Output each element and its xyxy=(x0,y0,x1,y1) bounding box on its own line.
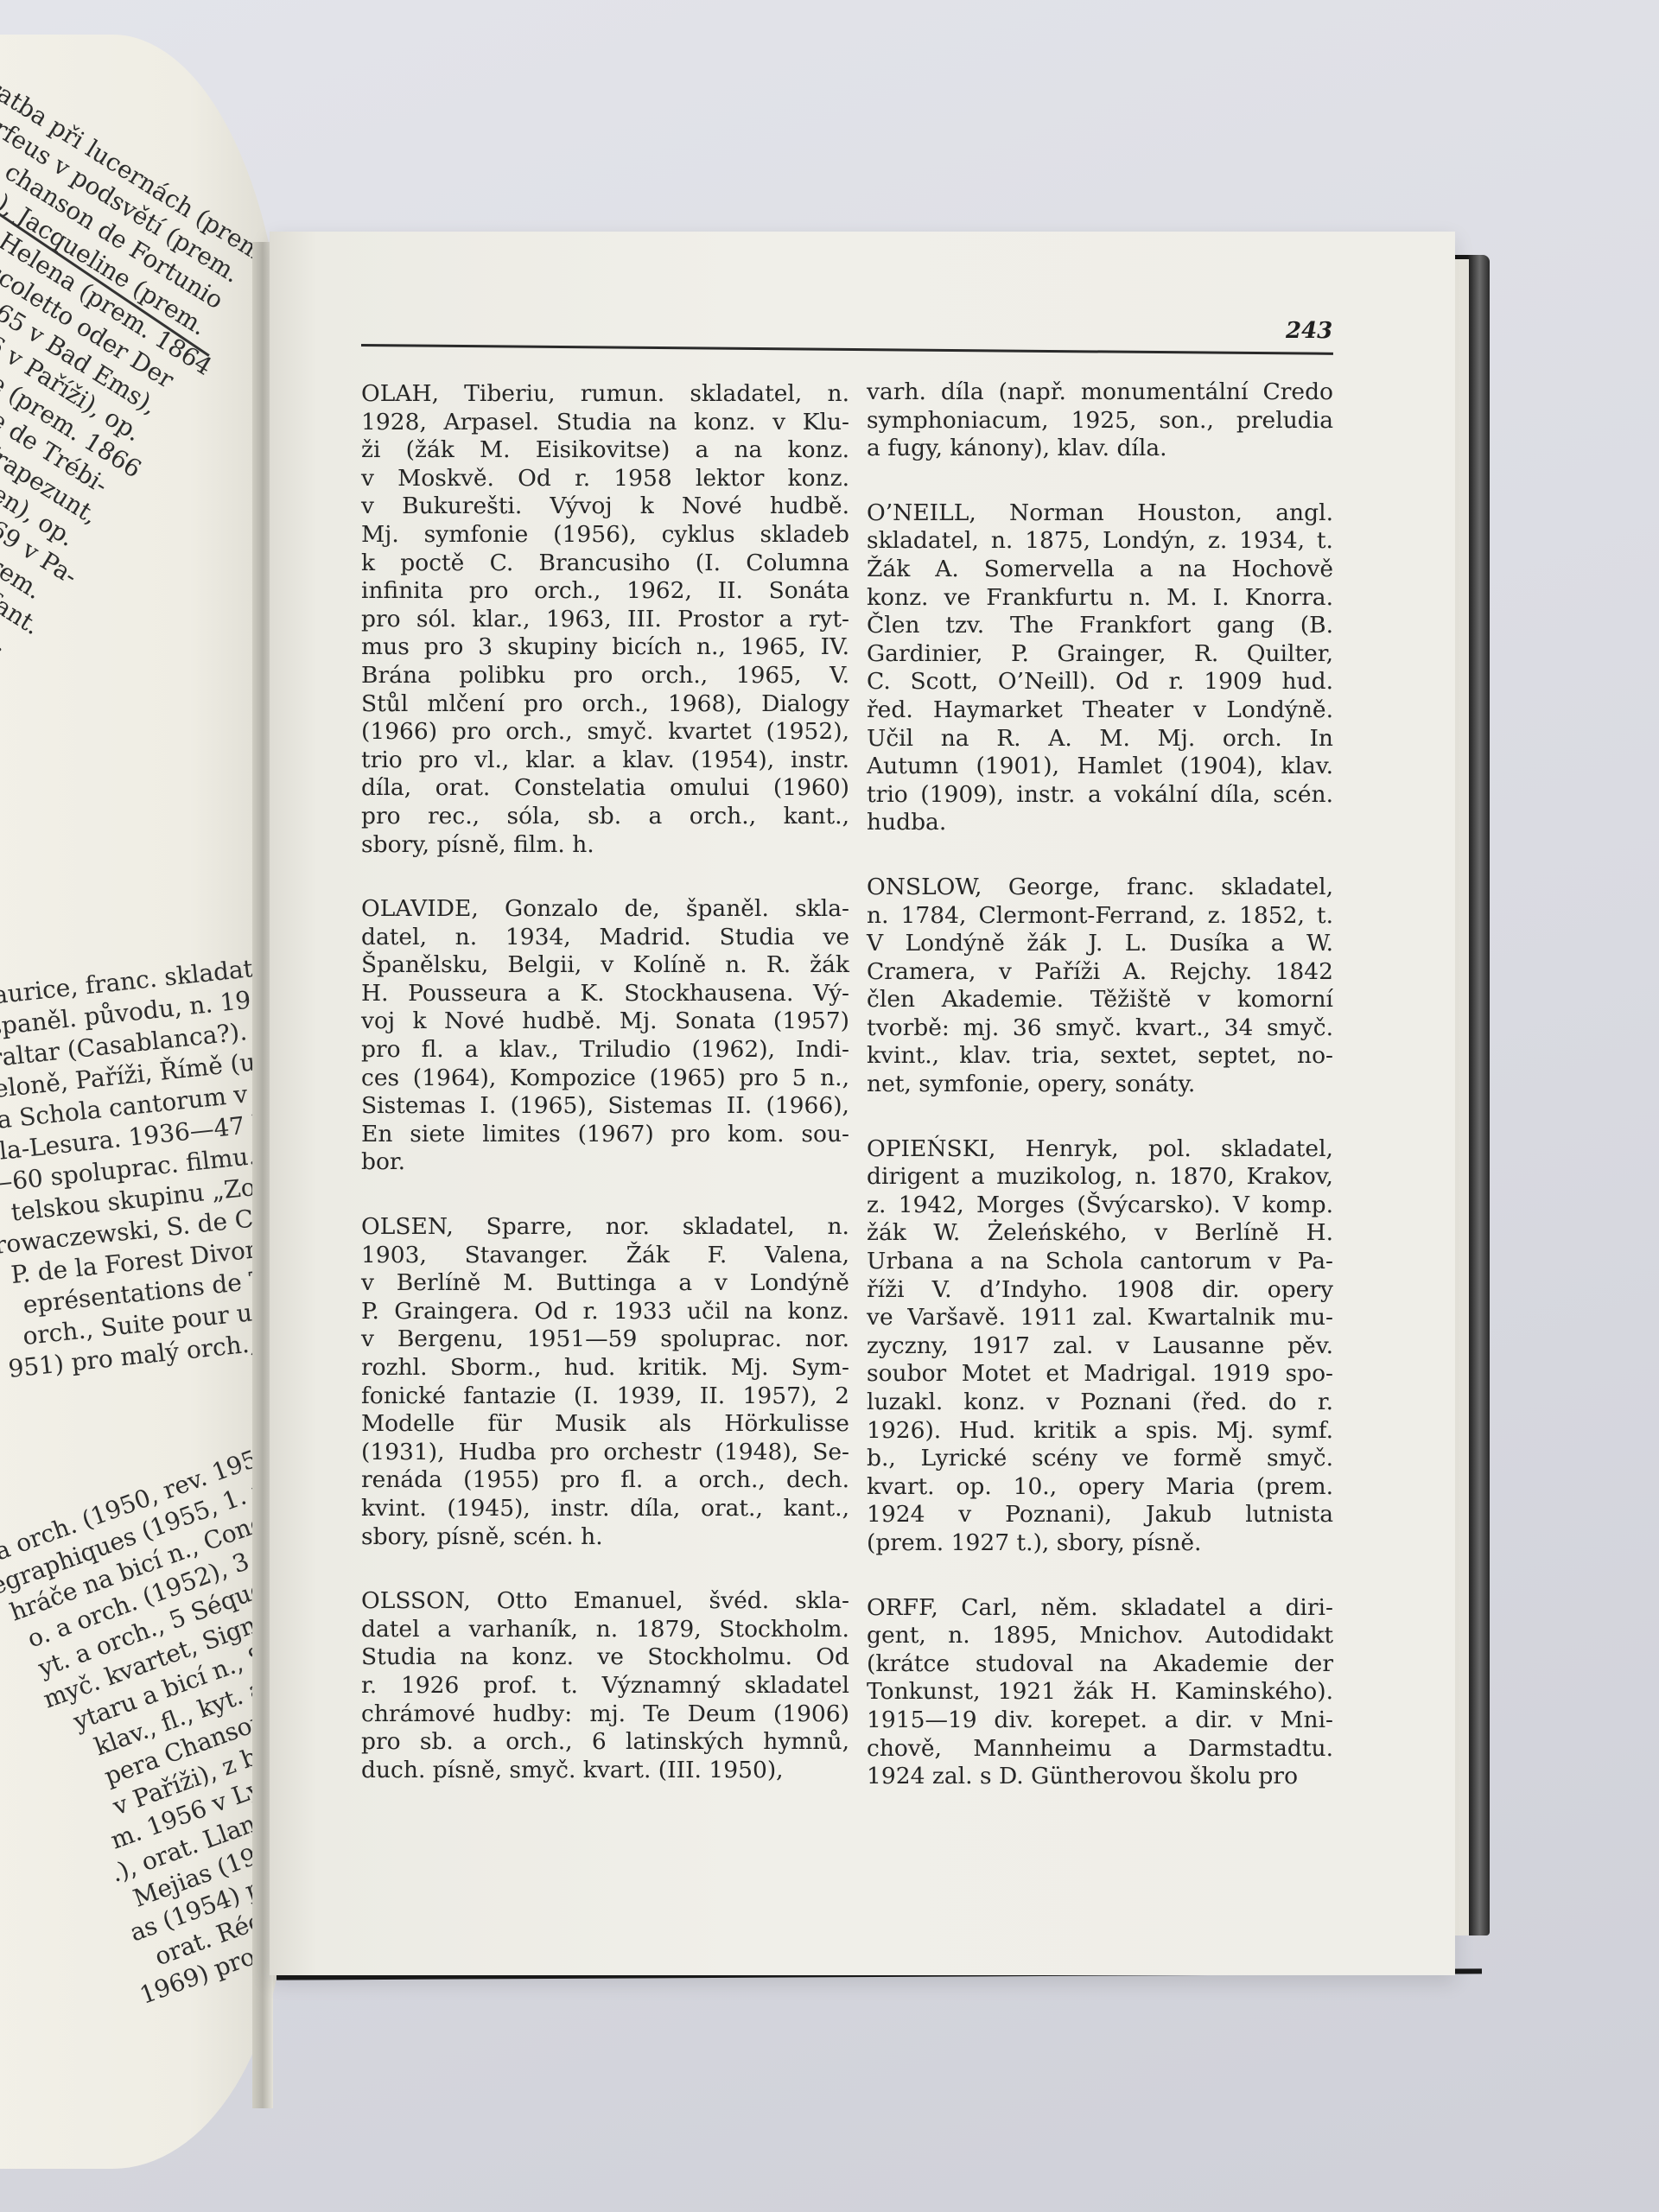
entry-line: OLSEN, Sparre, nor. skladatel, n. xyxy=(361,1213,849,1242)
entry-line: hudba. xyxy=(867,809,1333,837)
entry-line: Učil na R. A. M. Mj. orch. In xyxy=(867,725,1333,753)
entry-line: 1903, Stavanger. Žák F. Valena, xyxy=(361,1242,849,1270)
entry-line: C. Scott, O’Neill). Od r. 1909 hud. xyxy=(867,668,1333,696)
entry-line: pro fl. a klav., Triludio (1962), Indi- xyxy=(361,1036,849,1065)
entry-line: OLAH, Tiberiu, rumun. skladatel, n. xyxy=(361,380,849,409)
entry-line: tvorbě: mj. 36 smyč. kvart., 34 smyč. xyxy=(867,1014,1333,1043)
entry-line: ORFF, Carl, něm. skladatel a diri- xyxy=(867,1594,1333,1623)
entry-line: dirigent a muzikolog, n. 1870, Krakov, xyxy=(867,1163,1333,1192)
entry-line: OLSSON, Otto Emanuel, švéd. skla- xyxy=(361,1587,849,1616)
entry-line: bor. xyxy=(361,1148,849,1177)
left-page-text-block-2: Maurice, franc. skladatel ašpaněl. původ… xyxy=(0,950,285,1385)
entry-line: V Londýně žák J. L. Dusíka a W. xyxy=(867,930,1333,958)
entry-line: O’NEILL, Norman Houston, angl. xyxy=(867,499,1333,528)
dictionary-entry-olavide: OLAVIDE, Gonzalo de, španěl. skla-datel,… xyxy=(361,895,849,1177)
entry-line: Stůl mlčení pro orch., 1968), Dialogy xyxy=(361,690,849,719)
entry-line: rozhl. Sborm., hud. kritik. Mj. Sym- xyxy=(361,1354,849,1382)
entry-line: ve Varšavě. 1911 zal. Kwartalnik mu- xyxy=(867,1304,1333,1332)
entry-line: Modelle für Musik als Hörkulisse xyxy=(361,1410,849,1439)
entry-line: Gardinier, P. Grainger, R. Quilter, xyxy=(867,640,1333,669)
entry-line: Brána polibku pro orch., 1965, V. xyxy=(361,662,849,690)
entry-line: z. 1942, Morges (Švýcarsko). V komp. xyxy=(867,1192,1333,1220)
entry-line: trio (1909), instr. a vokální díla, scén… xyxy=(867,781,1333,810)
entry-line: chově, Mannheimu a Darmstadtu. xyxy=(867,1735,1333,1764)
entry-line: varh. díla (např. monumentální Credo xyxy=(867,378,1333,407)
entry-line: b., Lyrické scény ve formě smyč. xyxy=(867,1445,1333,1473)
entry-line: OPIEŃSKI, Henryk, pol. skladatel, xyxy=(867,1135,1333,1164)
entry-line: díla, orat. Constelatia omului (1960) xyxy=(361,774,849,803)
entry-line: datel a varhaník, n. 1879, Stockholm. xyxy=(361,1616,849,1644)
entry-line: Sistemas I. (1965), Sistemas II. (1966), xyxy=(361,1092,849,1121)
entry-line: zyczny, 1917 zal. v Lausanne pěv. xyxy=(867,1332,1333,1361)
entry-line: 1928, Arpasel. Studia na konz. v Klu- xyxy=(361,409,849,437)
left-page-text-block-3: . a orch. (1950, rev. 1959),égraphiques … xyxy=(0,1437,285,2040)
entry-line: ži (žák M. Eisikovitse) a na konz. xyxy=(361,436,849,465)
dictionary-entry-onslow: ONSLOW, George, franc. skladatel,n. 1784… xyxy=(867,874,1333,1099)
entry-line: ces (1964), Kompozice (1965) pro 5 n., xyxy=(361,1065,849,1093)
entry-line: Španělsku, Belgii, v Kolíně n. R. žák xyxy=(361,951,849,980)
entry-line: sbory, písně, scén. h. xyxy=(361,1523,849,1552)
entry-line: pro sb. a orch., 6 latinských hymnů, xyxy=(361,1728,849,1757)
left-column: OLAH, Tiberiu, rumun. skladatel, n.1928,… xyxy=(361,380,849,1821)
entry-line: (1966) pro orch., smyč. kvartet (1952), xyxy=(361,718,849,747)
entry-line: skladatel, n. 1875, Londýn, z. 1934, t. xyxy=(867,527,1333,556)
left-page-text-block-1: ratba při lucernách (prem.Orfeus v podsv… xyxy=(0,73,262,686)
entry-line: říži V. d’Indyho. 1908 dir. opery xyxy=(867,1276,1333,1305)
entry-line: v Bukurešti. Vývoj k Nové hudbě. xyxy=(361,493,849,521)
dictionary-entry-olsen: OLSEN, Sparre, nor. skladatel, n.1903, S… xyxy=(361,1213,849,1551)
entry-line: n. 1784, Clermont-Ferrand, z. 1852, t. xyxy=(867,902,1333,931)
left-page: ratba při lucernách (prem.Orfeus v podsv… xyxy=(0,35,285,2169)
entry-line: řed. Haymarket Theater v Londýně. xyxy=(867,696,1333,725)
entry-line: člen Akademie. Těžiště v komorní xyxy=(867,986,1333,1014)
entry-line: Tonkunst, 1921 žák H. Kaminského). xyxy=(867,1678,1333,1707)
entry-line: Cramera, v Paříži A. Rejchy. 1842 xyxy=(867,958,1333,987)
entry-line: sbory, písně, film. h. xyxy=(361,831,849,860)
right-column: varh. díla (např. monumentální Credosymp… xyxy=(867,378,1333,1827)
dictionary-entry-continuation: varh. díla (např. monumentální Credosymp… xyxy=(867,378,1333,463)
entry-line: Člen tzv. The Frankfort gang (B. xyxy=(867,612,1333,640)
entry-line: Žák A. Somervella a na Hochově xyxy=(867,556,1333,584)
entry-line: En siete limites (1967) pro kom. sou- xyxy=(361,1121,849,1149)
entry-line: konz. ve Frankfurtu n. M. I. Knorra. xyxy=(867,584,1333,613)
entry-line: (1931), Hudba pro orchestr (1948), Se- xyxy=(361,1439,849,1467)
entry-line: P. Graingera. Od r. 1933 učil na konz. xyxy=(361,1298,849,1326)
entry-line: renáda (1955) pro fl. a orch., dech. xyxy=(361,1466,849,1495)
dictionary-entry-opieski: OPIEŃSKI, Henryk, pol. skladatel,dirigen… xyxy=(867,1135,1333,1558)
dictionary-entry-orff: ORFF, Carl, něm. skladatel a diri-gent, … xyxy=(867,1594,1333,1791)
dictionary-entry-olah: OLAH, Tiberiu, rumun. skladatel, n.1928,… xyxy=(361,380,849,859)
entry-line: (prem. 1927 t.), sbory, písně. xyxy=(867,1529,1333,1558)
entry-line: v Berlíně M. Buttinga a v Londýně xyxy=(361,1269,849,1298)
dictionary-entry-oneill: O’NEILL, Norman Houston, angl.skladatel,… xyxy=(867,499,1333,837)
page-number: 243 xyxy=(1286,318,1332,344)
entry-line: mus pro 3 skupiny bicích n., 1965, IV. xyxy=(361,633,849,662)
entry-line: ONSLOW, George, franc. skladatel, xyxy=(867,874,1333,902)
entry-line: r. 1926 prof. t. Významný skladatel xyxy=(361,1672,849,1700)
entry-line: 1924 v Poznani), Jakub lutnista xyxy=(867,1501,1333,1529)
entry-line: OLAVIDE, Gonzalo de, španěl. skla- xyxy=(361,895,849,924)
entry-line: duch. písně, smyč. kvart. (III. 1950), xyxy=(361,1757,849,1785)
entry-line: soubor Motet et Madrigal. 1919 spo- xyxy=(867,1360,1333,1389)
entry-line: fonické fantazie (I. 1939, II. 1957), 2 xyxy=(361,1382,849,1411)
entry-line: infinita pro orch., 1962, II. Sonáta xyxy=(361,577,849,606)
entry-line: voj k Nové hudbě. Mj. Sonata (1957) xyxy=(361,1007,849,1036)
entry-line: 1924 zal. s D. Güntherovou školu pro xyxy=(867,1763,1333,1791)
entry-line: pro sól. klar., 1963, III. Prostor a ryt… xyxy=(361,606,849,634)
dictionary-entry-olsson: OLSSON, Otto Emanuel, švéd. skla-datel a… xyxy=(361,1587,849,1784)
entry-line: luzakl. konz. v Poznani (řed. do r. xyxy=(867,1389,1333,1417)
entry-line: pro rec., sóla, sb. a orch., kant., xyxy=(361,803,849,831)
entry-line: trio pro vl., klar. a klav. (1954), inst… xyxy=(361,747,849,775)
entry-line: datel, n. 1934, Madrid. Studia ve xyxy=(361,924,849,952)
entry-line: kvart. op. 10., opery Maria (prem. xyxy=(867,1473,1333,1502)
entry-line: v Bergenu, 1951—59 spoluprac. nor. xyxy=(361,1325,849,1354)
entry-line: žák W. Żeleńského, v Berlíně H. xyxy=(867,1219,1333,1248)
entry-line: net, symfonie, opery, sonáty. xyxy=(867,1071,1333,1099)
entry-line: H. Pousseura a K. Stockhausena. Vý- xyxy=(361,980,849,1008)
entry-line: kvint., klav. tria, sextet, septet, no- xyxy=(867,1042,1333,1071)
entry-line: v Moskvě. Od r. 1958 lektor konz. xyxy=(361,465,849,493)
entry-line: Mj. symfonie (1956), cyklus skladeb xyxy=(361,521,849,550)
entry-line: k poctě C. Brancusiho (I. Columna xyxy=(361,550,849,578)
entry-line: (krátce studoval na Akademie der xyxy=(867,1650,1333,1679)
entry-line: 1915—19 div. korepet. a dir. v Mni- xyxy=(867,1707,1333,1735)
entry-line: symphoniacum, 1925, son., preludia xyxy=(867,407,1333,435)
entry-line: Autumn (1901), Hamlet (1904), klav. xyxy=(867,753,1333,781)
entry-line: chrámové hudby: mj. Te Deum (1906) xyxy=(361,1700,849,1729)
entry-line: a fugy, kánony), klav. díla. xyxy=(867,435,1333,463)
entry-line: gent, n. 1895, Mnichov. Autodidakt xyxy=(867,1622,1333,1650)
entry-line: Studia na konz. ve Stockholmu. Od xyxy=(361,1643,849,1672)
entry-line: Urbana a na Schola cantorum v Pa- xyxy=(867,1248,1333,1276)
entry-line: 1926). Hud. kritik a spis. Mj. symf. xyxy=(867,1417,1333,1446)
entry-line: kvint. (1945), instr. díla, orat., kant.… xyxy=(361,1495,849,1523)
